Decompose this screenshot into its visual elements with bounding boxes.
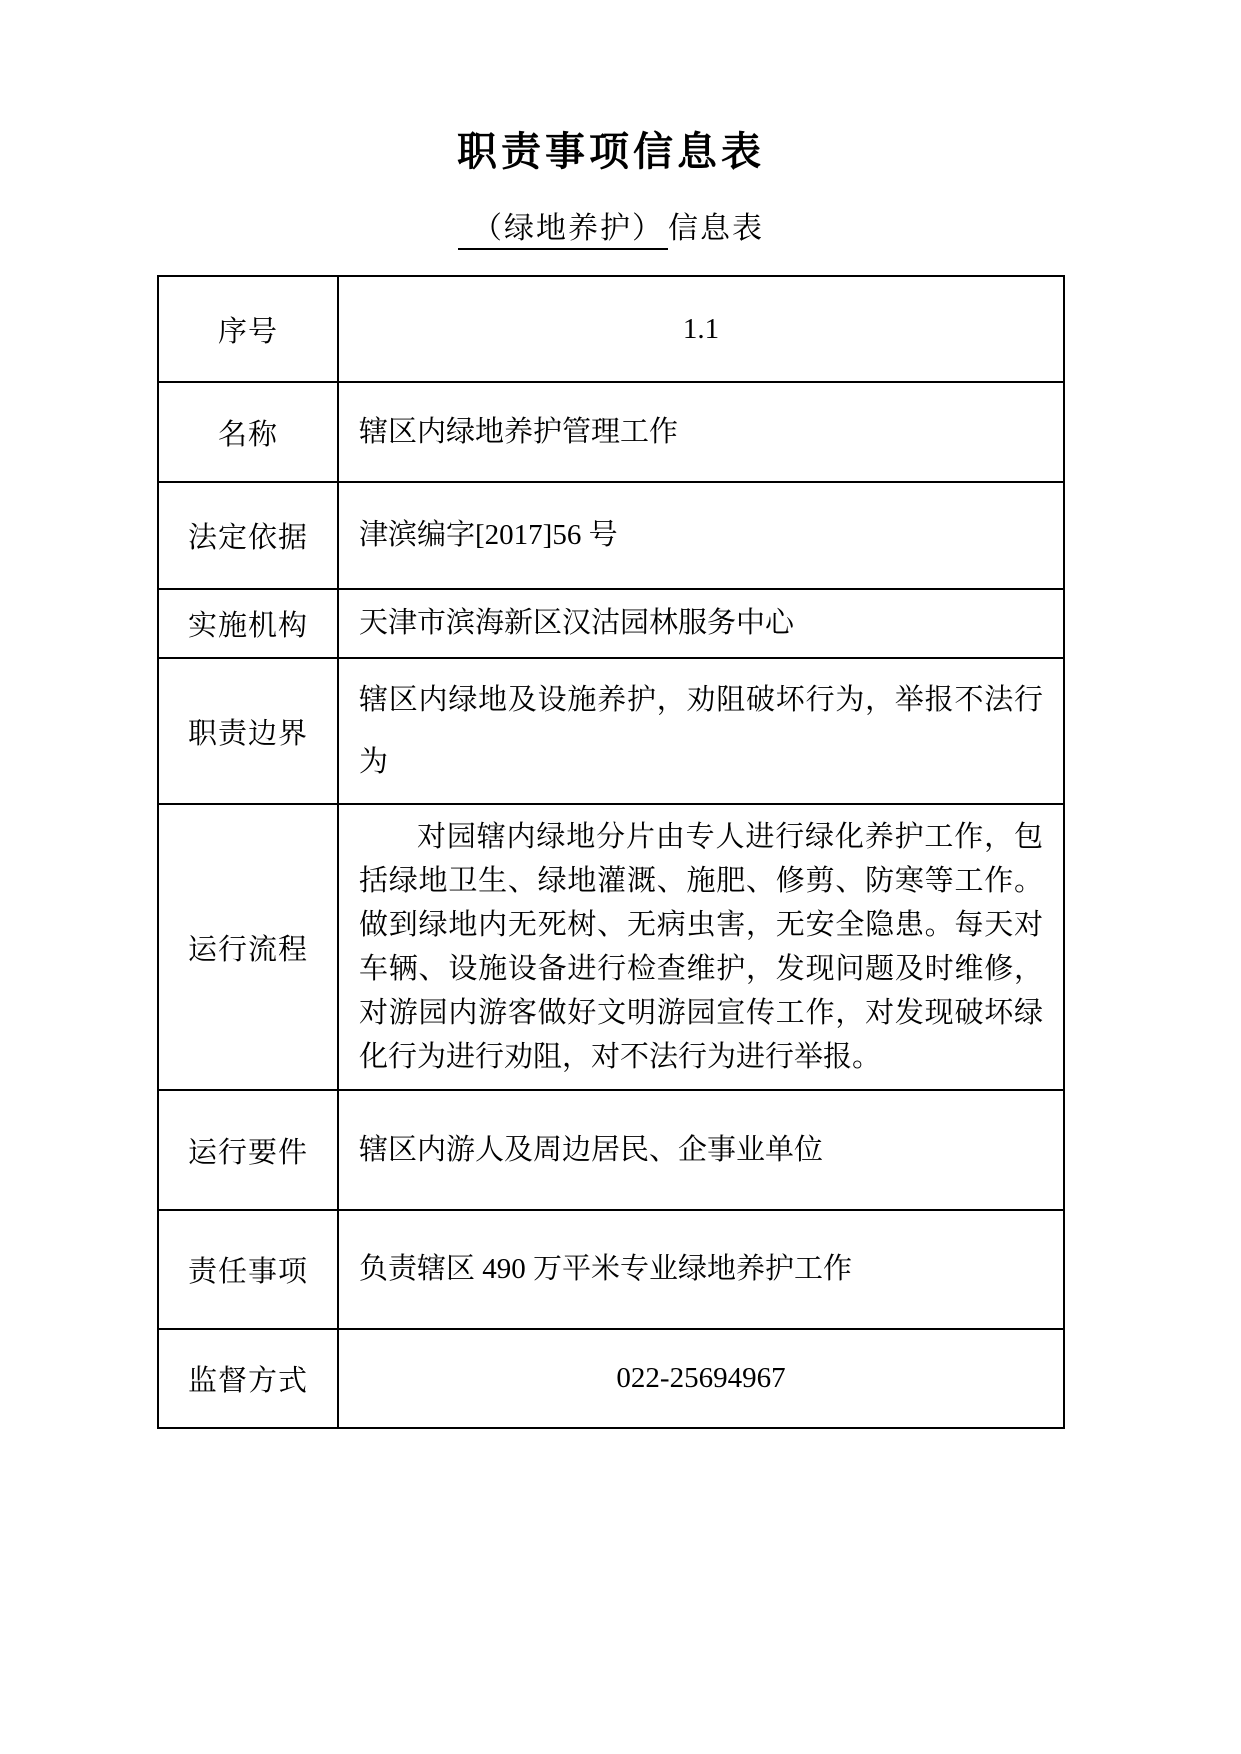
document-page: 职责事项信息表 （绿地养护）信息表 序号1.1名称辖区内绿地养护管理工作法定依据… [0, 0, 1241, 1754]
row-value: 辖区内游人及周边居民、企事业单位 [339, 1091, 1063, 1209]
row-label: 运行流程 [159, 805, 339, 1089]
row-value: 负责辖区 490 万平米专业绿地养护工作 [339, 1211, 1063, 1328]
table-row: 法定依据津滨编字[2017]56 号 [159, 481, 1063, 588]
row-label: 运行要件 [159, 1091, 339, 1209]
row-value-text: 辖区内绿地及设施养护，劝阻破坏行为，举报不法行为 [359, 669, 1043, 793]
table-row: 名称辖区内绿地养护管理工作 [159, 381, 1063, 481]
subtitle-underlined-text: （绿地养护） [458, 212, 668, 250]
row-label: 责任事项 [159, 1211, 339, 1328]
subtitle-rest-text: 信息表 [668, 212, 764, 245]
row-label: 职责边界 [159, 659, 339, 803]
row-value-text: 负责辖区 490 万平米专业绿地养护工作 [359, 1246, 1043, 1292]
info-table: 序号1.1名称辖区内绿地养护管理工作法定依据津滨编字[2017]56 号实施机构… [157, 275, 1065, 1429]
page-title: 职责事项信息表 [157, 120, 1065, 177]
table-row: 监督方式022-25694967 [159, 1328, 1063, 1427]
row-value-text: 辖区内游人及周边居民、企事业单位 [359, 1127, 1043, 1173]
table-row: 责任事项负责辖区 490 万平米专业绿地养护工作 [159, 1209, 1063, 1328]
table-row: 运行流程对园辖内绿地分片由专人进行绿化养护工作，包括绿地卫生、绿地灌溉、施肥、修… [159, 803, 1063, 1089]
row-value-text: 022-25694967 [359, 1355, 1043, 1401]
row-value-text: 对园辖内绿地分片由专人进行绿化养护工作，包括绿地卫生、绿地灌溉、施肥、修剪、防寒… [359, 815, 1043, 1079]
row-value: 1.1 [339, 277, 1063, 381]
table-row: 序号1.1 [159, 277, 1063, 381]
document-content: 职责事项信息表 （绿地养护）信息表 序号1.1名称辖区内绿地养护管理工作法定依据… [157, 0, 1065, 1429]
row-value-text: 辖区内绿地养护管理工作 [359, 409, 1043, 455]
row-value: 对园辖内绿地分片由专人进行绿化养护工作，包括绿地卫生、绿地灌溉、施肥、修剪、防寒… [339, 805, 1063, 1089]
row-value-text: 1.1 [359, 306, 1043, 352]
row-label: 法定依据 [159, 483, 339, 588]
row-value: 天津市滨海新区汉沽园林服务中心 [339, 590, 1063, 657]
row-label: 实施机构 [159, 590, 339, 657]
page-subtitle: （绿地养护）信息表 [157, 203, 1065, 247]
row-value: 津滨编字[2017]56 号 [339, 483, 1063, 588]
row-value: 辖区内绿地养护管理工作 [339, 383, 1063, 481]
table-row: 职责边界辖区内绿地及设施养护，劝阻破坏行为，举报不法行为 [159, 657, 1063, 803]
table-row: 实施机构天津市滨海新区汉沽园林服务中心 [159, 588, 1063, 657]
row-value-text: 天津市滨海新区汉沽园林服务中心 [359, 600, 1043, 646]
table-row: 运行要件辖区内游人及周边居民、企事业单位 [159, 1089, 1063, 1209]
row-value-text: 津滨编字[2017]56 号 [359, 512, 1043, 558]
row-label: 序号 [159, 277, 339, 381]
row-label: 监督方式 [159, 1330, 339, 1427]
row-value: 辖区内绿地及设施养护，劝阻破坏行为，举报不法行为 [339, 659, 1063, 803]
row-value: 022-25694967 [339, 1330, 1063, 1427]
row-label: 名称 [159, 383, 339, 481]
